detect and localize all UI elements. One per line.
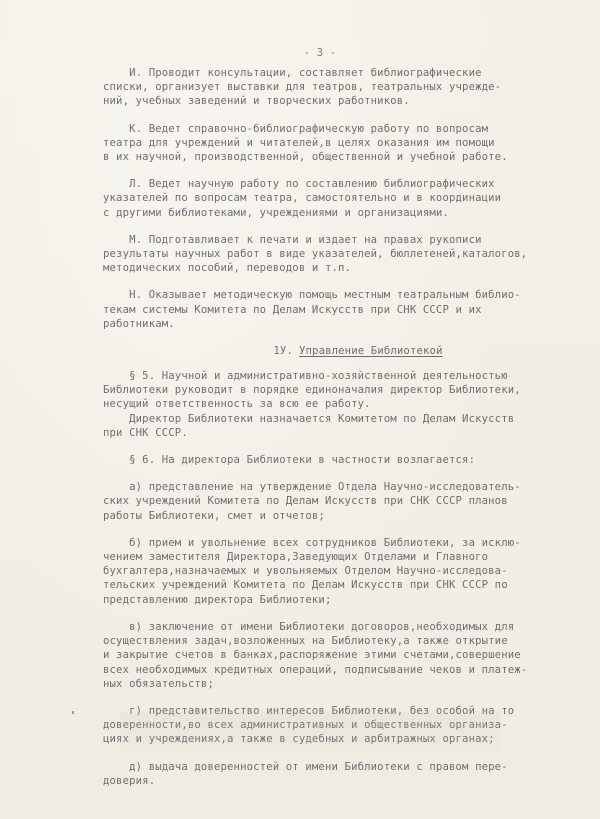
paragraph-N: Н. Оказывает методическую помощь местным… xyxy=(103,288,583,331)
paragraph-L: Л. Ведет научную работу по составлению б… xyxy=(103,177,583,220)
paragraph-b: б) прием и увольнение всех сотрудников Б… xyxy=(103,536,583,607)
paragraph-M: М. Подготавливает к печати и издает на п… xyxy=(103,233,583,276)
paragraph-K: К. Ведет справочно-библиографическую раб… xyxy=(103,122,583,165)
reverse-side-bleed-through xyxy=(120,712,500,752)
paragraph-s6: § 6. На директора Библиотеки в частности… xyxy=(103,453,583,467)
paragraph-s5: § 5. Научной и административно-хозяйстве… xyxy=(103,369,583,412)
paragraphs-before-heading: И. Проводит консультации, составляет биб… xyxy=(103,66,583,331)
paragraph-v: в) заключение от имени Библиотеки догово… xyxy=(103,620,583,691)
paragraph-s5b: Директор Библиотеки назначается Комитето… xyxy=(103,412,583,440)
paragraph-a: а) представление на утверждение Отдела Н… xyxy=(103,480,583,523)
stray-ink-mark xyxy=(72,711,74,714)
document-body: И. Проводит консультации, составляет биб… xyxy=(103,66,583,801)
paragraph-d: д) выдача доверенностей от имени Библиот… xyxy=(103,760,583,788)
page-number: - 3 - xyxy=(0,47,600,59)
section-title: Управление Библиотекой xyxy=(299,345,443,357)
section-number: 1У. xyxy=(273,345,293,357)
section-heading: 1У.Управление Библиотекой xyxy=(103,344,583,358)
paragraph-I: И. Проводит консультации, составляет биб… xyxy=(103,66,583,109)
document-page: - 3 - И. Проводит консультации, составля… xyxy=(0,0,600,819)
